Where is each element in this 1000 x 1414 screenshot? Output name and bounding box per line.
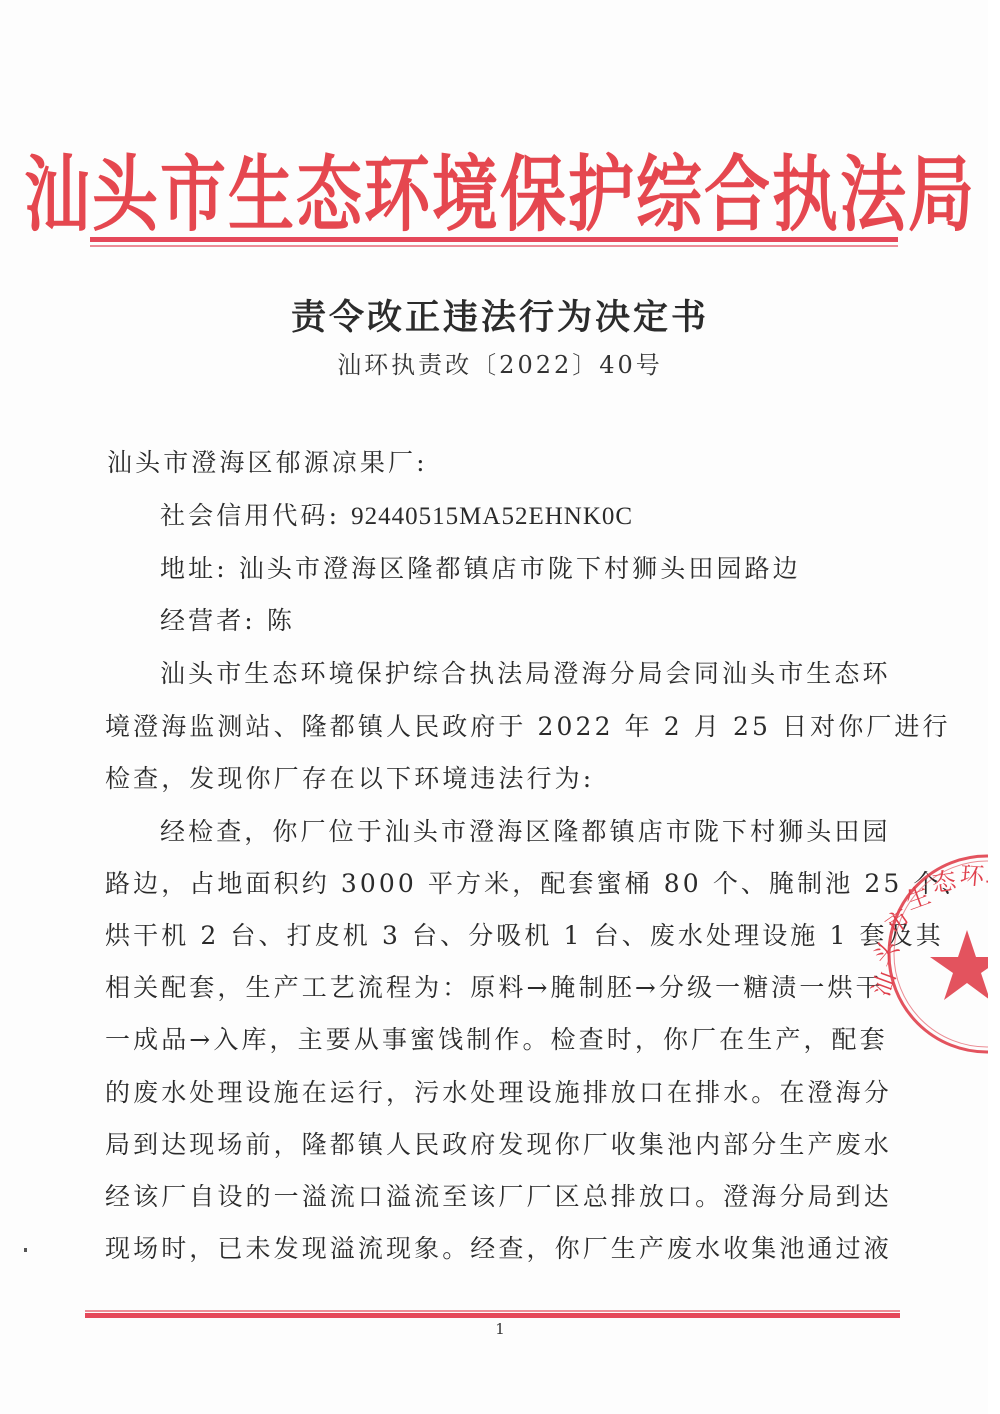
- body-line: 检查，发现你厂存在以下环境违法行为:: [105, 759, 594, 795]
- operator-label: 经营者:: [160, 606, 256, 635]
- body-line: 路边，占地面积约 3000 平方米，配套蜜桶 80 个、腌制池 25 个、: [105, 864, 970, 900]
- agency-letterhead: 汕头市生态环境保护综合执法局: [0, 128, 1000, 247]
- body-line: 境澄海监测站、隆都镇人民政府于 2022 年 2 月 25 日对你厂进行: [105, 707, 951, 743]
- credit-code-row: 社会信用代码: 92440515MA52EHNK0C: [160, 496, 633, 532]
- body-line: 一成品→入库，主要从事蜜饯制作。检查时，你厂在生产，配套: [105, 1020, 888, 1056]
- address-row: 地址: 汕头市澄海区隆都镇店市陇下村狮头田园路边: [160, 549, 801, 585]
- official-seal-stamp: 汕 头 市 生 态 环 境: [862, 852, 1000, 1057]
- credit-code-value: 92440515MA52EHNK0C: [351, 503, 633, 530]
- seal-icon: 汕 头 市 生 态 环 境: [862, 852, 1000, 1057]
- svg-text:环: 环: [959, 861, 986, 891]
- address-value: 汕头市澄海区隆都镇店市陇下村狮头田园路边: [239, 554, 801, 583]
- scan-speck: [24, 1248, 27, 1252]
- page-edge: [988, 0, 1000, 1414]
- footer-rule-thin: [85, 1310, 900, 1312]
- body-line: 的废水处理设施在运行，污水处理设施排放口在排水。在澄海分: [105, 1073, 892, 1109]
- svg-text:态: 态: [930, 866, 959, 897]
- body-line: 烘干机 2 台、打皮机 3 台、分吸机 1 台、废水处理设施 1 套及其: [105, 916, 944, 952]
- operator-value: 陈: [267, 606, 295, 635]
- header-rule-thick: [90, 237, 898, 242]
- operator-row: 经营者: 陈: [160, 601, 295, 637]
- recipient-name: 汕头市澄海区郁源凉果厂:: [107, 443, 428, 479]
- footer-rule-thick: [85, 1313, 900, 1318]
- body-line: 经检查，你厂位于汕头市澄海区隆都镇店市陇下村狮头田园: [160, 812, 891, 848]
- body-line: 经该厂自设的一溢流口溢流至该厂厂区总排放口。澄海分局到达: [105, 1177, 892, 1213]
- body-line: 汕头市生态环境保护综合执法局澄海分局会同汕头市生态环: [160, 654, 891, 690]
- body-line: 相关配套，生产工艺流程为：原料→腌制胚→分级一糖渍一烘干: [105, 968, 884, 1004]
- body-line: 现场时，已未发现溢流现象。经查，你厂生产废水收集池通过液: [105, 1229, 892, 1265]
- body-line: 局到达现场前，隆都镇人民政府发现你厂收集池内部分生产废水: [105, 1125, 892, 1161]
- credit-code-label: 社会信用代码:: [160, 501, 340, 530]
- address-label: 地址:: [160, 554, 228, 583]
- page-number: 1: [0, 1320, 1000, 1338]
- header-rule-thin: [90, 245, 898, 247]
- document-title: 责令改正违法行为决定书: [0, 290, 1000, 340]
- svg-text:头: 头: [868, 933, 906, 970]
- document-number: 汕环执责改〔2022〕40号: [0, 345, 1000, 380]
- svg-text:生: 生: [902, 881, 934, 916]
